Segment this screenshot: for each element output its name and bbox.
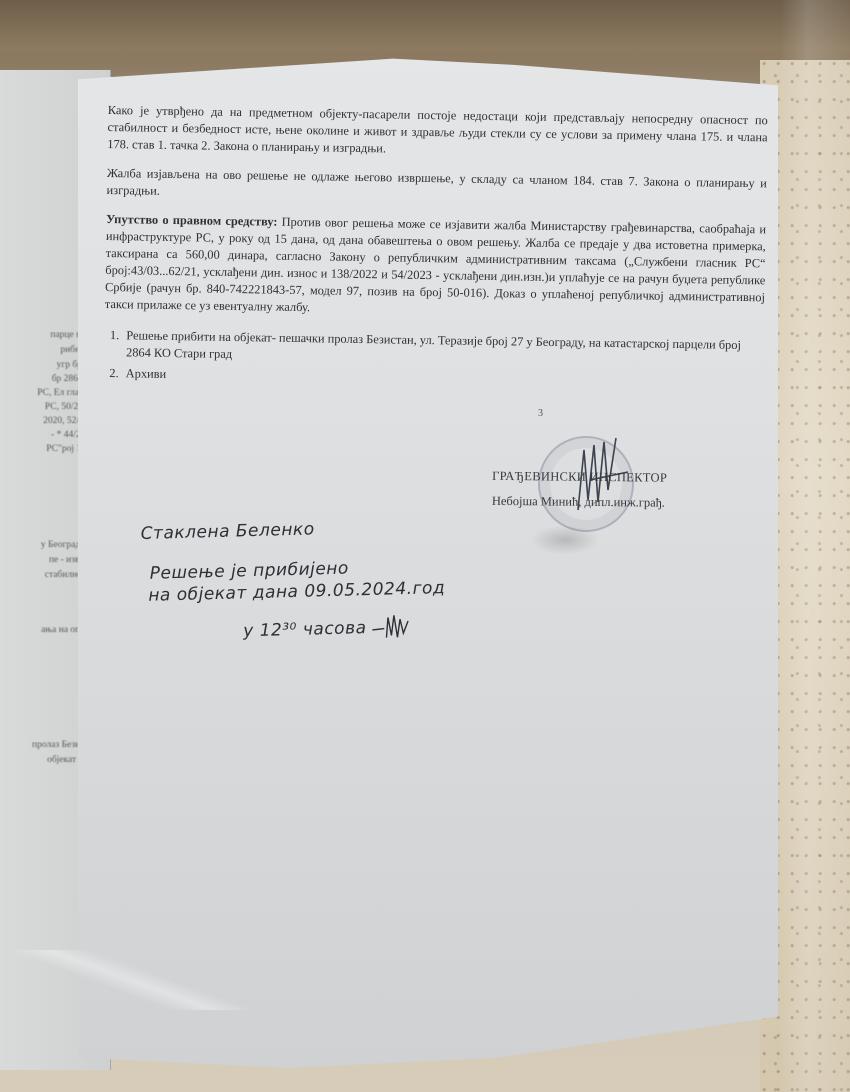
paragraph-legal-remedy: Упутство о правном средству: Против овог… [105, 211, 767, 323]
handwritten-time: у 12³⁰ часова [243, 618, 367, 641]
handwritten-signature-icon [372, 613, 413, 642]
inspector-name: Небојша Минић, дипл.инж.грађ. [492, 494, 712, 511]
distribution-list: Решење прибити на објекат- пешачки прола… [104, 327, 765, 392]
inspector-title: ГРАЂЕВИНСКИ ИНСПЕКТОР [492, 469, 712, 486]
paragraph-appeal-effect: Жалба изјављена на ово решење не одлаже … [106, 165, 766, 209]
handwritten-line: у 12³⁰ часова [243, 612, 447, 645]
list-item: Решење прибити на објекат- пешачки прола… [122, 327, 764, 371]
smudge [530, 525, 600, 555]
legal-remedy-text: Против овог решења може се изјавити жалб… [105, 215, 766, 314]
plastic-sleeve [780, 0, 850, 1092]
legal-remedy-heading: Упутство о правном средству: [106, 212, 277, 229]
page-marker: 3 [538, 408, 543, 419]
document-body: Како је утврђено да на предметном објект… [104, 102, 768, 396]
signature-block: ГРАЂЕВИНСКИ ИНСПЕКТОР Небојша Минић, дип… [492, 469, 712, 511]
paragraph-grounds: Како је утврђено да на предметном објект… [107, 102, 768, 163]
handwritten-note: Cтаклена Беленко Решење је прибијено на … [138, 516, 446, 648]
plastic-glare [0, 950, 260, 1010]
background-top [0, 0, 850, 70]
